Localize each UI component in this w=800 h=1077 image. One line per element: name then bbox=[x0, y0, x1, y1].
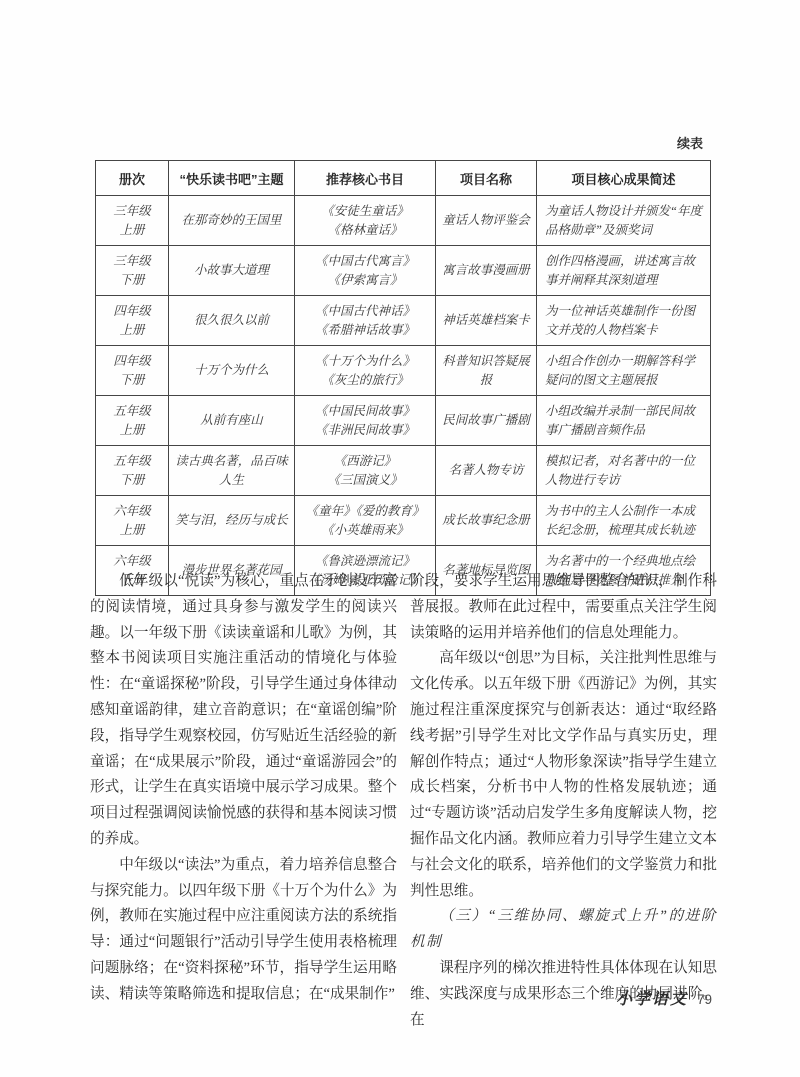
cell-outcome: 为童话人物设计并颁发“年度品格勋章”及颁奖词 bbox=[537, 196, 711, 246]
col-header-volume: 册次 bbox=[96, 161, 169, 196]
cell-theme: 从前有座山 bbox=[169, 396, 295, 446]
cell-books: 《童年》《爱的教育》 《小英雄雨来》 bbox=[295, 496, 436, 546]
cell-books: 《十万个为什么》 《灰尘的旅行》 bbox=[295, 346, 436, 396]
cell-volume: 四年级 下册 bbox=[96, 346, 169, 396]
cell-project: 民间故事广播剧 bbox=[436, 396, 537, 446]
cell-project: 寓言故事漫画册 bbox=[436, 246, 537, 296]
cell-theme: 笑与泪，经历与成长 bbox=[169, 496, 295, 546]
cell-outcome: 小组改编并录制一部民间故事广播剧音频作品 bbox=[537, 396, 711, 446]
col-header-project: 项目名称 bbox=[436, 161, 537, 196]
article-body: 低年级以“悦读”为核心，重点在于创设丰富的阅读情境，通过具身参与激发学生的阅读兴… bbox=[90, 569, 717, 1033]
table-row: 四年级 下册 十万个为什么 《十万个为什么》 《灰尘的旅行》 科普知识答疑展报 … bbox=[96, 346, 711, 396]
cell-project: 科普知识答疑展报 bbox=[436, 346, 537, 396]
right-column: 阶段，要求学生运用思维导图整合知识，制作科普展报。教师在此过程中，需要重点关注学… bbox=[410, 569, 717, 1033]
table-row: 五年级 上册 从前有座山 《中国民间故事》 《非洲民间故事》 民间故事广播剧 小… bbox=[96, 396, 711, 446]
table-continuation-label: 续表 bbox=[95, 133, 703, 152]
cell-books: 《中国古代神话》 《希腊神话故事》 bbox=[295, 296, 436, 346]
page-footer: 小学语文79 bbox=[90, 986, 712, 1009]
col-header-outcome: 项目核心成果简述 bbox=[537, 161, 711, 196]
cell-books: 《西游记》 《三国演义》 bbox=[295, 446, 436, 496]
cell-theme: 很久很久以前 bbox=[169, 296, 295, 346]
journal-name: 小学语文 bbox=[616, 991, 688, 1008]
cell-volume: 五年级 下册 bbox=[96, 446, 169, 496]
cell-outcome: 为书中的主人公制作一本成长纪念册，梳理其成长轨迹 bbox=[537, 496, 711, 546]
page-number: 79 bbox=[697, 992, 712, 1007]
section-heading: （三）“三维协同、螺旋式上升”的进阶机制 bbox=[410, 904, 717, 956]
cell-project: 成长故事纪念册 bbox=[436, 496, 537, 546]
cell-outcome: 小组合作创办一期解答科学疑问的图文主题展报 bbox=[537, 346, 711, 396]
paragraph-mid-grade: 中年级以“读法”为重点，着力培养信息整合与探究能力。以四年级下册《十万个为什么》… bbox=[90, 853, 397, 1008]
cell-volume: 六年级 上册 bbox=[96, 496, 169, 546]
col-header-theme: “快乐读书吧”主题 bbox=[169, 161, 295, 196]
cell-volume: 四年级 上册 bbox=[96, 296, 169, 346]
reading-program-table: 册次 “快乐读书吧”主题 推荐核心书目 项目名称 项目核心成果简述 三年级 上册… bbox=[95, 160, 711, 596]
paragraph-low-grade: 低年级以“悦读”为核心，重点在于创设丰富的阅读情境，通过具身参与激发学生的阅读兴… bbox=[90, 569, 397, 853]
cell-theme: 小故事大道理 bbox=[169, 246, 295, 296]
cell-theme: 在那奇妙的王国里 bbox=[169, 196, 295, 246]
cell-outcome: 创作四格漫画，讲述寓言故事并阐释其深刻道理 bbox=[537, 246, 711, 296]
paragraph-high-grade: 高年级以“创思”为目标，关注批判性思维与文化传承。以五年级下册《西游记》为例，其… bbox=[410, 646, 717, 904]
cell-books: 《中国古代寓言》 《伊索寓言》 bbox=[295, 246, 436, 296]
cell-outcome: 模拟记者，对名著中的一位人物进行专访 bbox=[537, 446, 711, 496]
cell-volume: 三年级 上册 bbox=[96, 196, 169, 246]
cell-project: 名著人物专访 bbox=[436, 446, 537, 496]
journal-page: 续表 册次 “快乐读书吧”主题 推荐核心书目 项目名称 项目核心成果简述 三年级… bbox=[0, 0, 800, 1077]
cell-books: 《安徒生童话》 《格林童话》 bbox=[295, 196, 436, 246]
cell-outcome: 为一位神话英雄制作一份图文并茂的人物档案卡 bbox=[537, 296, 711, 346]
left-column: 低年级以“悦读”为核心，重点在于创设丰富的阅读情境，通过具身参与激发学生的阅读兴… bbox=[90, 569, 397, 1033]
table-row: 五年级 下册 读古典名著，品百味人生 《西游记》 《三国演义》 名著人物专访 模… bbox=[96, 446, 711, 496]
paragraph-mid-grade-continued: 阶段，要求学生运用思维导图整合知识，制作科普展报。教师在此过程中，需要重点关注学… bbox=[410, 569, 717, 646]
cell-project: 童话人物评鉴会 bbox=[436, 196, 537, 246]
table-row: 三年级 下册 小故事大道理 《中国古代寓言》 《伊索寓言》 寓言故事漫画册 创作… bbox=[96, 246, 711, 296]
table-row: 四年级 上册 很久很久以前 《中国古代神话》 《希腊神话故事》 神话英雄档案卡 … bbox=[96, 296, 711, 346]
cell-books: 《中国民间故事》 《非洲民间故事》 bbox=[295, 396, 436, 446]
table-header-row: 册次 “快乐读书吧”主题 推荐核心书目 项目名称 项目核心成果简述 bbox=[96, 161, 711, 196]
cell-theme: 十万个为什么 bbox=[169, 346, 295, 396]
col-header-books: 推荐核心书目 bbox=[295, 161, 436, 196]
table-row: 三年级 上册 在那奇妙的王国里 《安徒生童话》 《格林童话》 童话人物评鉴会 为… bbox=[96, 196, 711, 246]
table-row: 六年级 上册 笑与泪，经历与成长 《童年》《爱的教育》 《小英雄雨来》 成长故事… bbox=[96, 496, 711, 546]
cell-project: 神话英雄档案卡 bbox=[436, 296, 537, 346]
cell-volume: 五年级 上册 bbox=[96, 396, 169, 446]
cell-volume: 三年级 下册 bbox=[96, 246, 169, 296]
cell-theme: 读古典名著，品百味人生 bbox=[169, 446, 295, 496]
